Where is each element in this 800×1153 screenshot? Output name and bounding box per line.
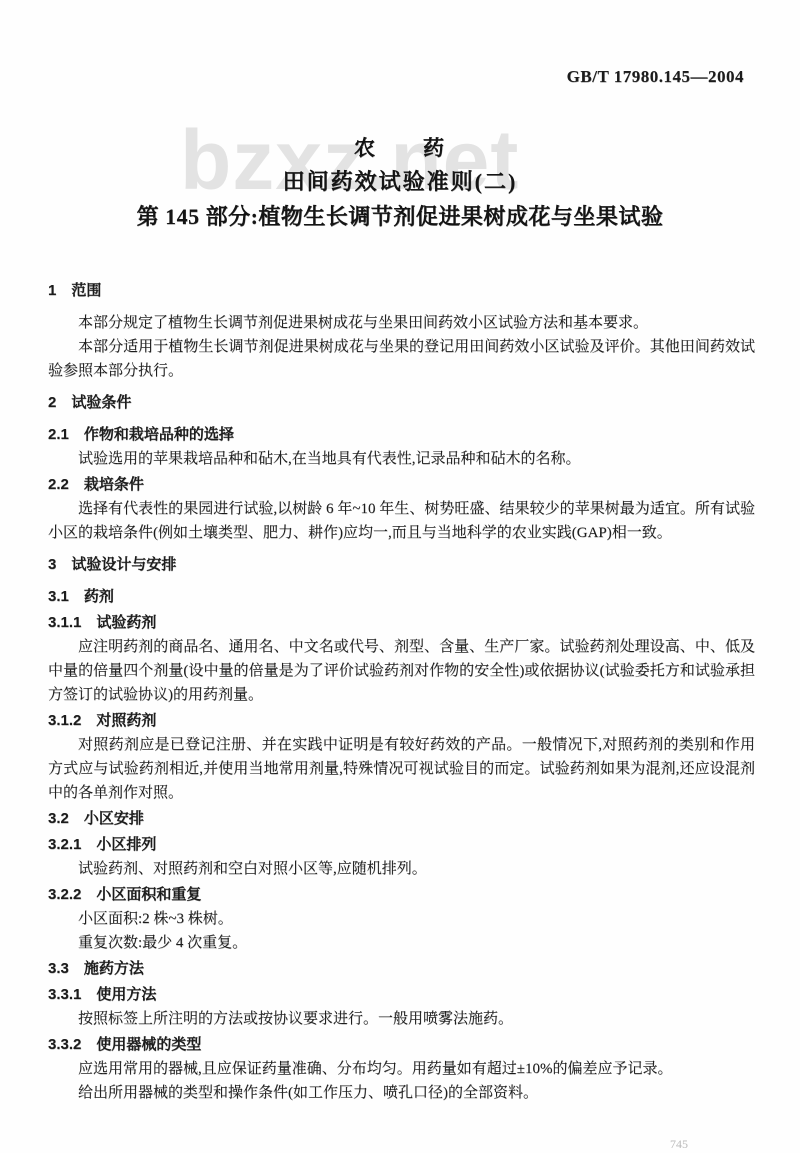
section-heading: 3 试验设计与安排 bbox=[48, 553, 755, 577]
paragraph: 试验药剂、对照药剂和空白对照小区等,应随机排列。 bbox=[48, 857, 755, 881]
section-heading: 2.2 栽培条件 bbox=[48, 473, 755, 497]
paragraph: 小区面积:2 株~3 株树。 bbox=[48, 907, 755, 931]
page-number: 745 bbox=[670, 1137, 688, 1152]
paragraph: 对照药剂应是已登记注册、并在实践中证明是有较好药效的产品。一般情况下,对照药剂的… bbox=[48, 733, 755, 805]
section-heading: 3.2.2 小区面积和重复 bbox=[48, 883, 755, 907]
paragraph: 应注明药剂的商品名、通用名、中文名或代号、剂型、含量、生产厂家。试验药剂处理设高… bbox=[48, 635, 755, 707]
section-heading: 3.1.2 对照药剂 bbox=[48, 709, 755, 733]
title-line-1: 农 药 bbox=[0, 135, 800, 161]
paragraph: 重复次数:最少 4 次重复。 bbox=[48, 931, 755, 955]
section-heading: 2.1 作物和栽培品种的选择 bbox=[48, 423, 755, 447]
paragraph: 应选用常用的器械,且应保证药量准确、分布均匀。用药量如有超过±10%的偏差应予记… bbox=[48, 1057, 755, 1081]
section-heading: 2 试验条件 bbox=[48, 391, 755, 415]
paragraph: 选择有代表性的果园进行试验,以树龄 6 年~10 年生、树势旺盛、结果较少的苹果… bbox=[48, 497, 755, 545]
document-title: 农 药 田间药效试验准则(二) 第 145 部分:植物生长调节剂促进果树成花与坐… bbox=[0, 135, 800, 230]
section-heading: 3.3.1 使用方法 bbox=[48, 983, 755, 1007]
paragraph: 按照标签上所注明的方法或按协议要求进行。一般用喷雾法施药。 bbox=[48, 1007, 755, 1031]
title-line-2: 田间药效试验准则(二) bbox=[0, 169, 800, 195]
standard-code: GB/T 17980.145—2004 bbox=[567, 67, 744, 87]
section-heading: 3.3.2 使用器械的类型 bbox=[48, 1033, 755, 1057]
paragraph: 本部分适用于植物生长调节剂促进果树成花与坐果的登记用田间药效小区试验及评价。其他… bbox=[48, 335, 755, 383]
section-heading: 1 范围 bbox=[48, 279, 755, 303]
document-body: 1 范围本部分规定了植物生长调节剂促进果树成花与坐果田间药效小区试验方法和基本要… bbox=[48, 271, 755, 1105]
scanned-document-page: GB/T 17980.145—2004 bzxz.net 农 药 田间药效试验准… bbox=[0, 0, 800, 1153]
section-heading: 3.2 小区安排 bbox=[48, 807, 755, 831]
section-heading: 3.1.1 试验药剂 bbox=[48, 611, 755, 635]
section-heading: 3.1 药剂 bbox=[48, 585, 755, 609]
section-heading: 3.2.1 小区排列 bbox=[48, 833, 755, 857]
section-heading: 3.3 施药方法 bbox=[48, 957, 755, 981]
paragraph: 给出所用器械的类型和操作条件(如工作压力、喷孔口径)的全部资料。 bbox=[48, 1081, 755, 1105]
paragraph: 本部分规定了植物生长调节剂促进果树成花与坐果田间药效小区试验方法和基本要求。 bbox=[48, 311, 755, 335]
paragraph: 试验选用的苹果栽培品种和砧木,在当地具有代表性,记录品种和砧木的名称。 bbox=[48, 447, 755, 471]
title-line-3: 第 145 部分:植物生长调节剂促进果树成花与坐果试验 bbox=[0, 203, 800, 230]
